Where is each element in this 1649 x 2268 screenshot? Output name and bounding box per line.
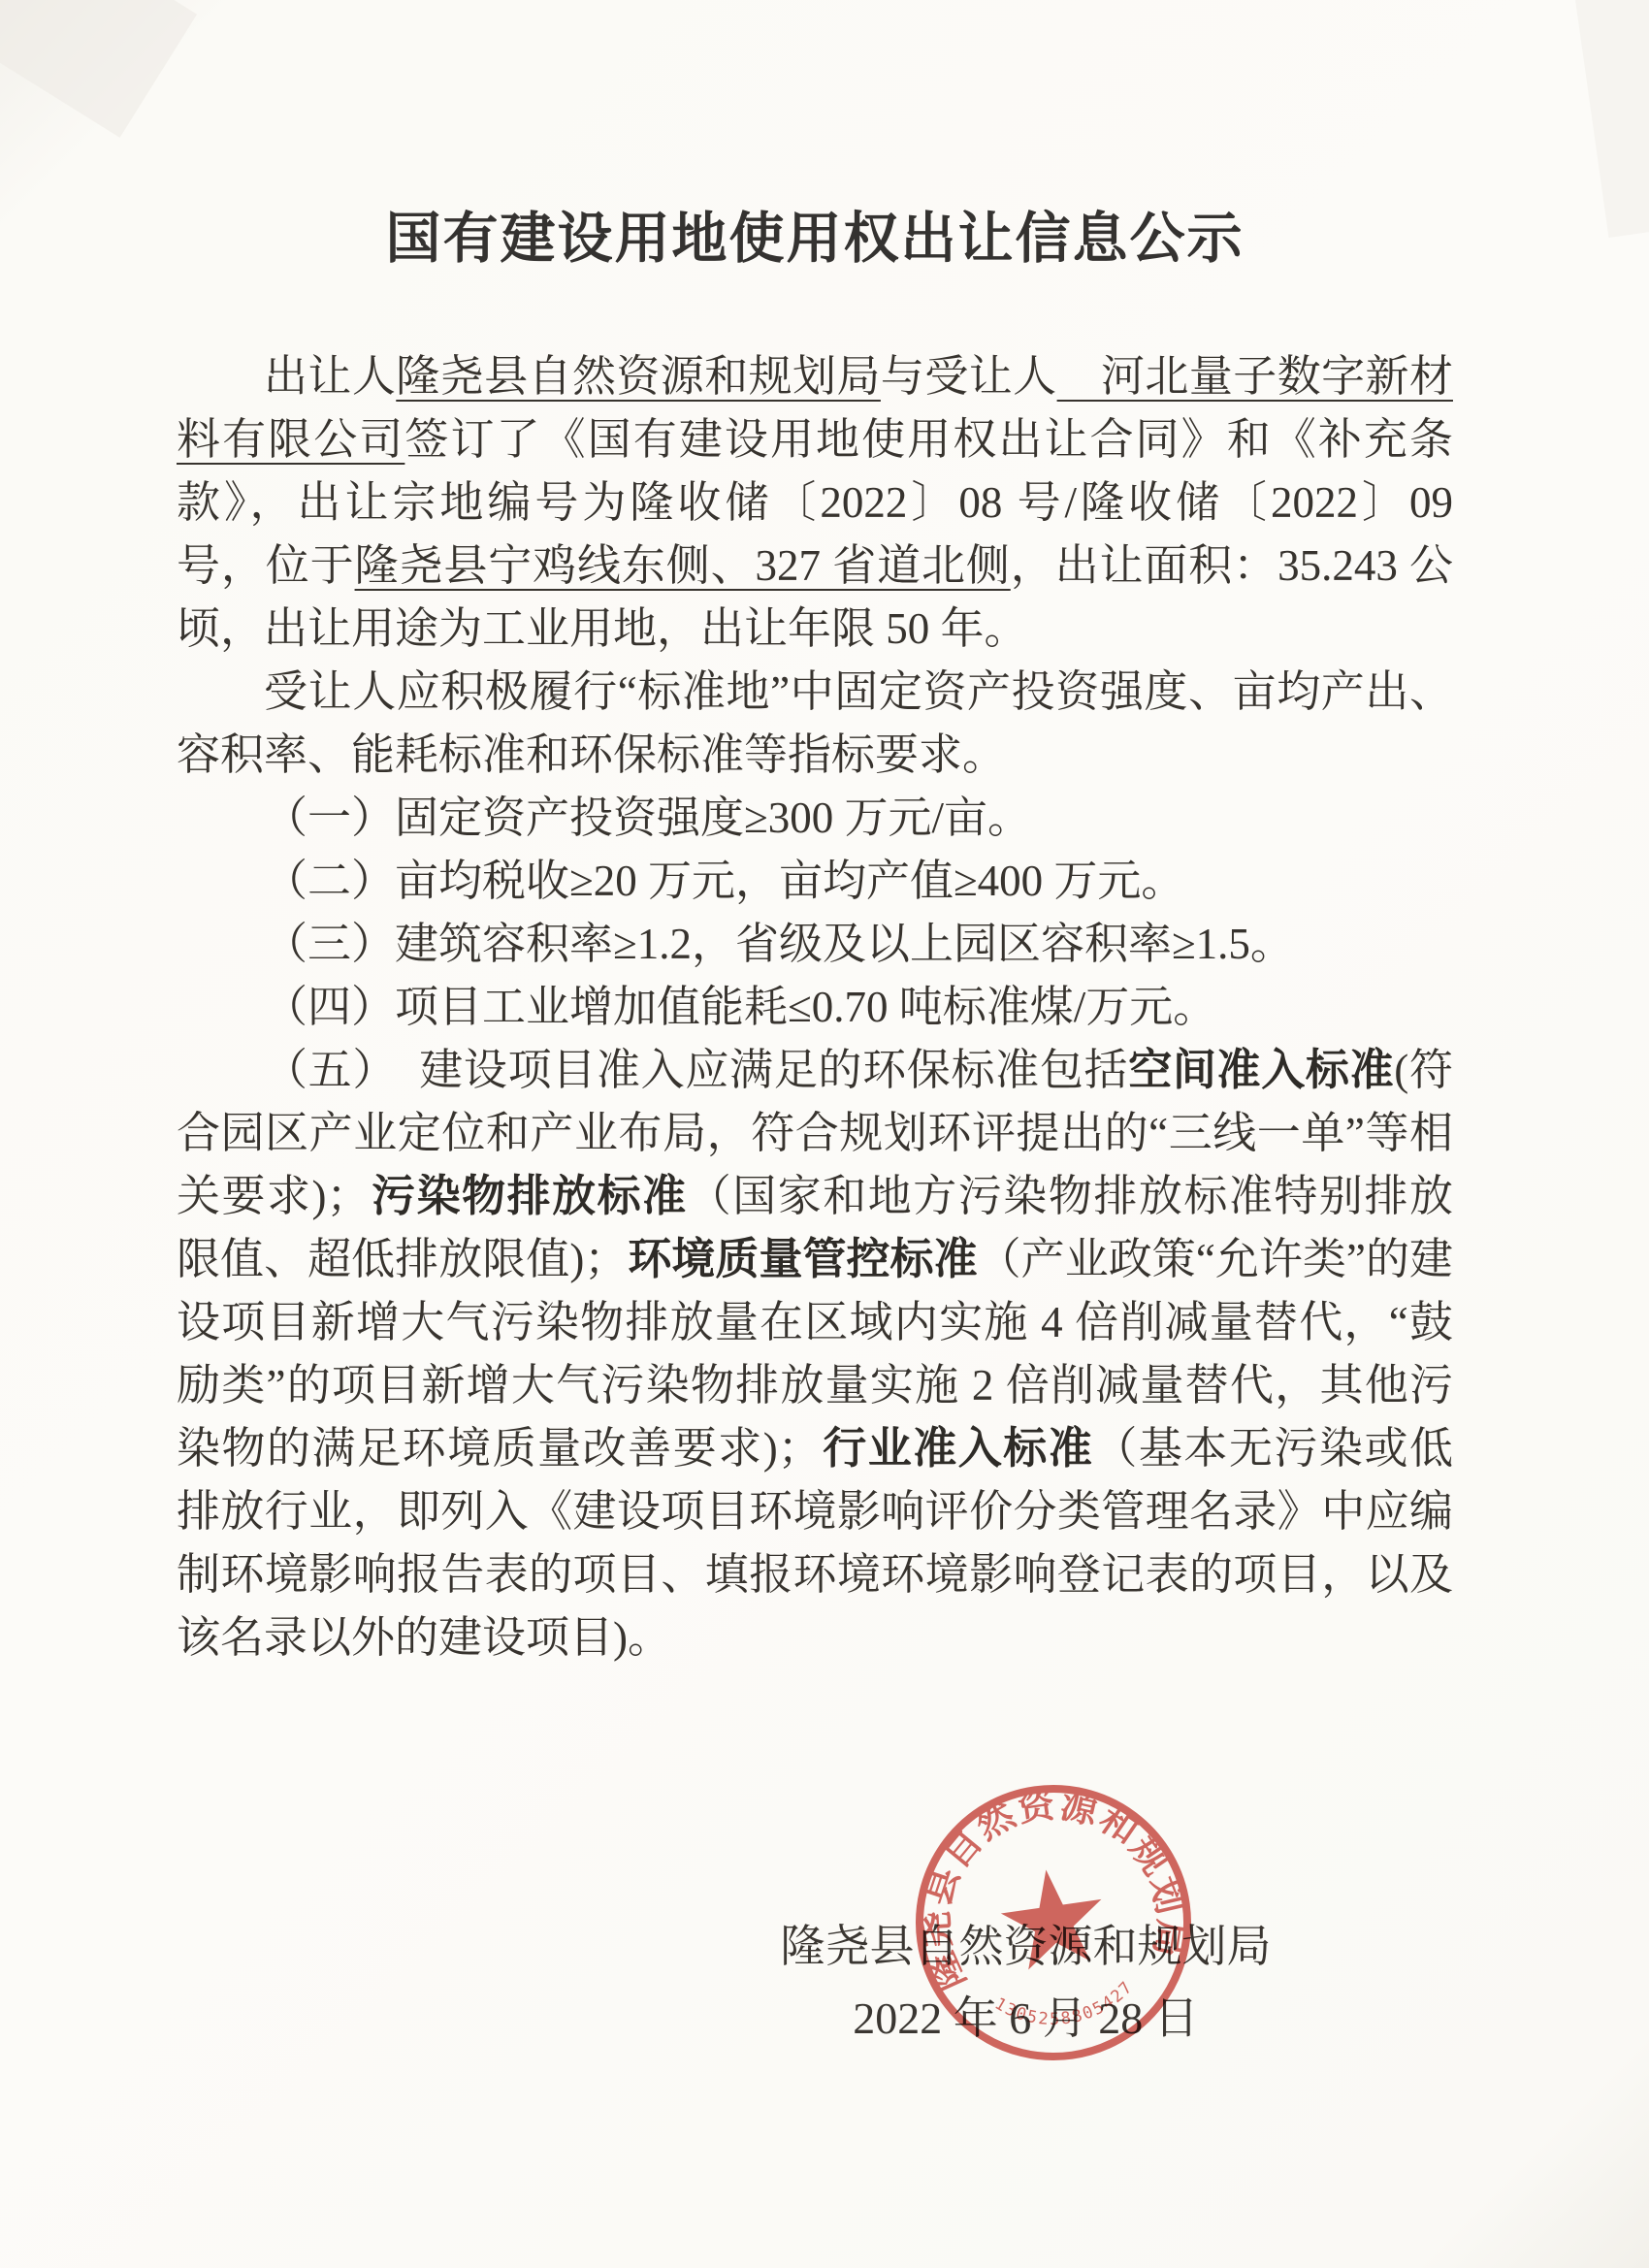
text-run: 与受让人 (881, 352, 1057, 401)
item-4-energy-consumption: （四）项目工业增加值能耗≤0.70 吨标准煤/万元。 (177, 976, 1453, 1039)
document-title: 国有建设用地使用权出让信息公示 (175, 194, 1455, 274)
transferor-name-underlined: 隆尧县自然资源和规划局 (396, 352, 881, 401)
text-run: （五） 建设项目准入应满足的环保标准包括 (264, 1046, 1128, 1094)
document-body: 出让人隆尧县自然资源和规划局与受让人 河北量子数字新材料有限公司签订了《国有建设… (177, 345, 1453, 1669)
item-5-environmental-standards: （五） 建设项目准入应满足的环保标准包括空间准入标准(符合园区产业定位和产业布局… (177, 1039, 1453, 1669)
parcel-location-underlined: 隆尧县宁鸡线东侧、327 省道北侧 (355, 541, 1011, 590)
item-3-plot-ratio: （三）建筑容积率≥1.2，省级及以上园区容积率≥1.5。 (177, 913, 1453, 976)
scan-fold-mark (1573, 0, 1649, 238)
paragraph-standard-land-requirements: 受让人应积极履行“标准地”中固定资产投资强度、亩均产出、容积率、能耗标准和环保标… (177, 661, 1453, 787)
scanned-document-page: 国有建设用地使用权出让信息公示 出让人隆尧县自然资源和规划局与受让人 河北量子数… (0, 0, 1649, 2268)
svg-text:1305258805427: 1305258805427 (989, 1975, 1142, 2038)
text-run: 出让人 (264, 352, 396, 401)
bold-spatial-access-standard: 空间准入标准 (1128, 1046, 1394, 1094)
official-seal: 隆尧县自然资源和规划局 1305258805427 (889, 1759, 1218, 2088)
bold-environmental-quality-control-standard: 环境质量管控标准 (628, 1235, 977, 1283)
seal-star-icon (996, 1863, 1110, 1972)
bold-pollutant-discharge-standard: 污染物排放标准 (371, 1172, 688, 1220)
paragraph-contract-info: 出让人隆尧县自然资源和规划局与受让人 河北量子数字新材料有限公司签订了《国有建设… (177, 345, 1453, 661)
bold-industry-access-standard: 行业准入标准 (822, 1424, 1094, 1473)
item-1-investment-intensity: （一）固定资产投资强度≥300 万元/亩。 (177, 787, 1453, 850)
item-2-tax-output: （二）亩均税收≥20 万元，亩均产值≥400 万元。 (177, 850, 1453, 913)
scan-fold-mark (0, 0, 197, 138)
seal-code-number: 1305258805427 (989, 1975, 1142, 2038)
